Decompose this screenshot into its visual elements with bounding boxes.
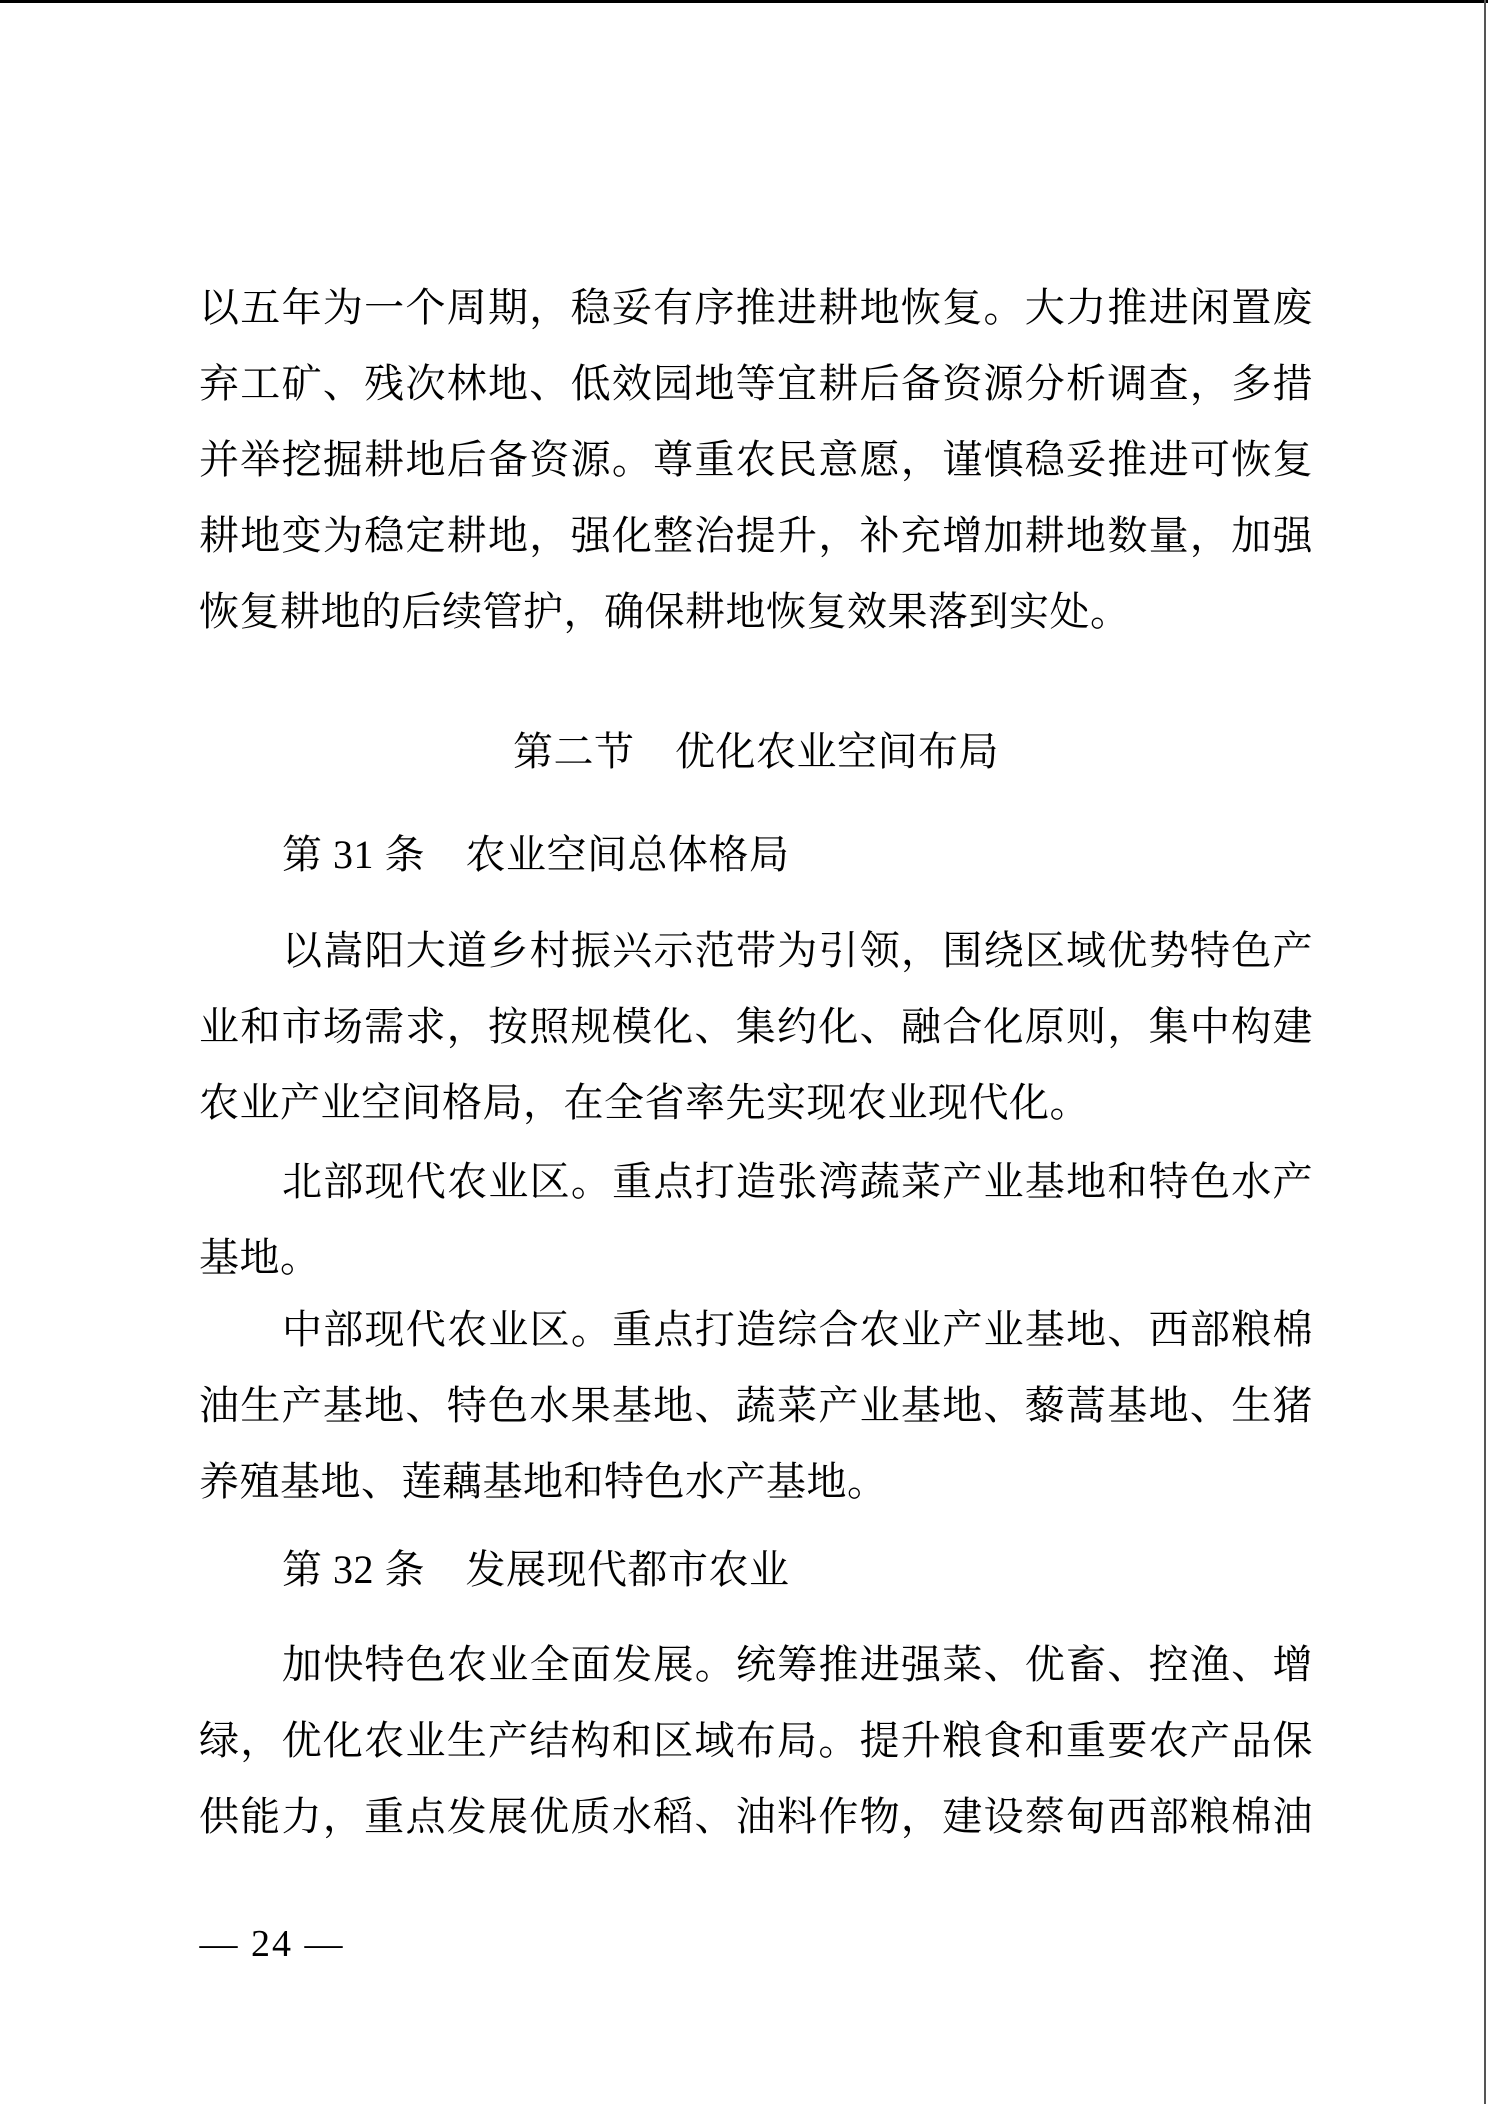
text-line: 以五年为一个周期，稳妥有序推进耕地恢复。大力推进闲置废 [199,270,1313,346]
text-line: 并举挖掘耕地后备资源。尊重农民意愿，谨慎稳妥推进可恢复 [199,422,1313,498]
text-line: 养殖基地、莲藕基地和特色水产基地。 [199,1444,1313,1520]
text-line: 耕地变为稳定耕地，强化整治提升，补充增加耕地数量，加强 [199,498,1313,574]
article-32-heading: 第 32 条 发展现代都市农业 [199,1532,1313,1608]
article-31-heading: 第 31 条 农业空间总体格局 [199,817,1313,893]
text-line: 中部现代农业区。重点打造综合农业产业基地、西部粮棉 [199,1292,1313,1368]
paragraph: 加快特色农业全面发展。统筹推进强菜、优畜、控渔、增 绿，优化农业生产结构和区域布… [199,1627,1313,1855]
scan-edge-top-line [0,0,1488,3]
section-heading: 第二节 优化农业空间布局 [199,714,1313,790]
text-line: 基地。 [199,1220,1313,1296]
text-line: 油生产基地、特色水果基地、蔬菜产业基地、藜蒿基地、生猪 [199,1368,1313,1444]
text-line: 以嵩阳大道乡村振兴示范带为引领，围绕区域优势特色产 [199,913,1313,989]
text-line: 恢复耕地的后续管护，确保耕地恢复效果落到实处。 [199,574,1313,650]
scanned-document-page: 以五年为一个周期，稳妥有序推进耕地恢复。大力推进闲置废 弃工矿、残次林地、低效园… [0,0,1488,2104]
text-line: 业和市场需求，按照规模化、集约化、融合化原则，集中构建 [199,989,1313,1065]
text-line: 农业产业空间格局，在全省率先实现农业现代化。 [199,1065,1313,1141]
text-line: 弃工矿、残次林地、低效园地等宜耕后备资源分析调查，多措 [199,346,1313,422]
text-line: 北部现代农业区。重点打造张湾蔬菜产业基地和特色水产 [199,1144,1313,1220]
paragraph: 北部现代农业区。重点打造张湾蔬菜产业基地和特色水产 基地。 [199,1144,1313,1296]
page-number: — 24 — [192,1922,352,1966]
text-line: 加快特色农业全面发展。统筹推进强菜、优畜、控渔、增 [199,1627,1313,1703]
paragraph-continuation: 以五年为一个周期，稳妥有序推进耕地恢复。大力推进闲置废 弃工矿、残次林地、低效园… [199,270,1313,650]
paragraph: 以嵩阳大道乡村振兴示范带为引领，围绕区域优势特色产 业和市场需求，按照规模化、集… [199,913,1313,1141]
text-line: 供能力，重点发展优质水稻、油料作物，建设蔡甸西部粮棉油 [199,1779,1313,1855]
text-line: 绿，优化农业生产结构和区域布局。提升粮食和重要农产品保 [199,1703,1313,1779]
paragraph: 中部现代农业区。重点打造综合农业产业基地、西部粮棉 油生产基地、特色水果基地、蔬… [199,1292,1313,1520]
scan-edge-right-line [1484,0,1486,2104]
